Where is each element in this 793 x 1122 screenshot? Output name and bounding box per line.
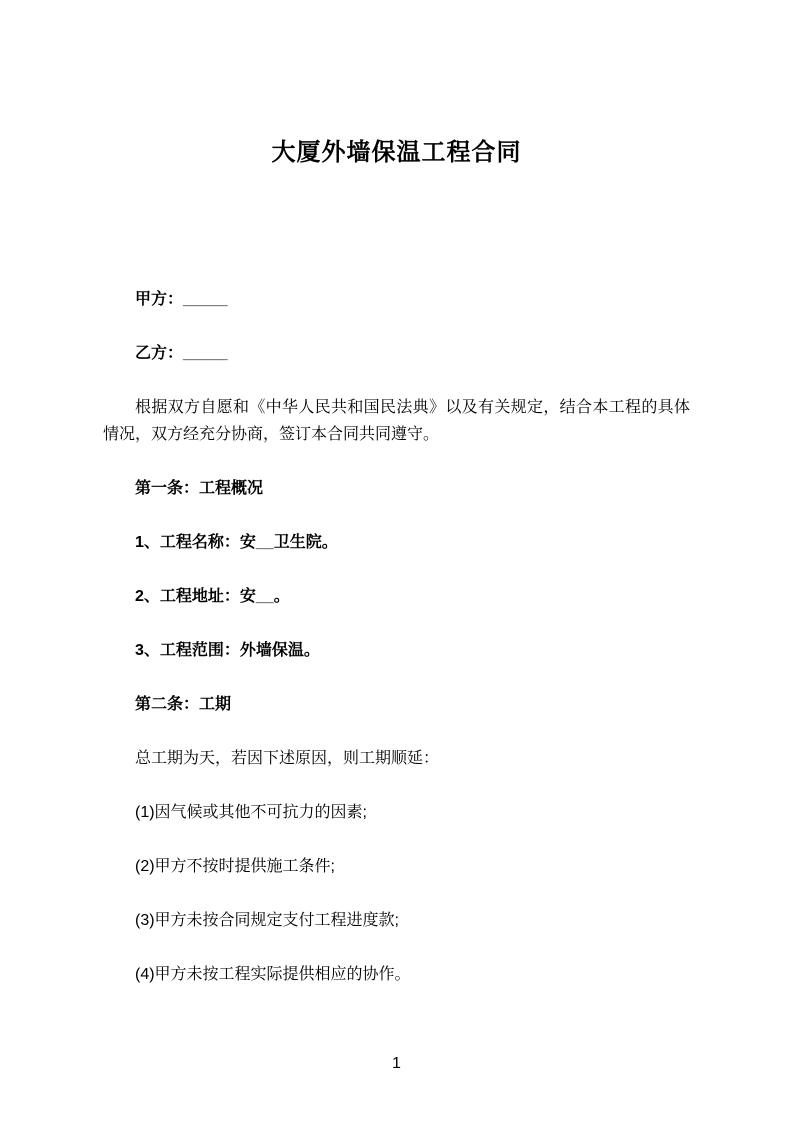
party-a-line: 甲方：_____ <box>103 286 690 313</box>
section2-item-3: (3)甲方未按合同规定支付工程进度款; <box>103 907 690 934</box>
section2-item-2: (2)甲方不按时提供施工条件; <box>103 853 690 880</box>
section1-item-project-address: 2、工程地址：安__。 <box>103 583 690 610</box>
section2-item-4: (4)甲方未按工程实际提供相应的协作。 <box>103 961 690 988</box>
document-title: 大厦外墙保温工程合同 <box>103 0 690 170</box>
party-b-line: 乙方：_____ <box>103 340 690 367</box>
section2-heading: 第二条：工期 <box>103 691 690 718</box>
document-page: 大厦外墙保温工程合同 甲方：_____ 乙方：_____ 根据双方自愿和《中华人… <box>0 0 793 1122</box>
section2-item-1: (1)因气候或其他不可抗力的因素; <box>103 799 690 826</box>
document-content: 大厦外墙保温工程合同 甲方：_____ 乙方：_____ 根据双方自愿和《中华人… <box>0 0 793 988</box>
section2-intro: 总工期为天，若因下述原因，则工期顺延： <box>103 745 690 772</box>
page-number: 1 <box>0 1050 793 1077</box>
section1-item-project-scope: 3、工程范围：外墙保温。 <box>103 637 690 664</box>
intro-paragraph: 根据双方自愿和《中华人民共和国民法典》以及有关规定，结合本工程的具体情况，双方经… <box>103 394 690 448</box>
section1-heading: 第一条：工程概况 <box>103 475 690 502</box>
section1-item-project-name: 1、工程名称：安__卫生院。 <box>103 529 690 556</box>
